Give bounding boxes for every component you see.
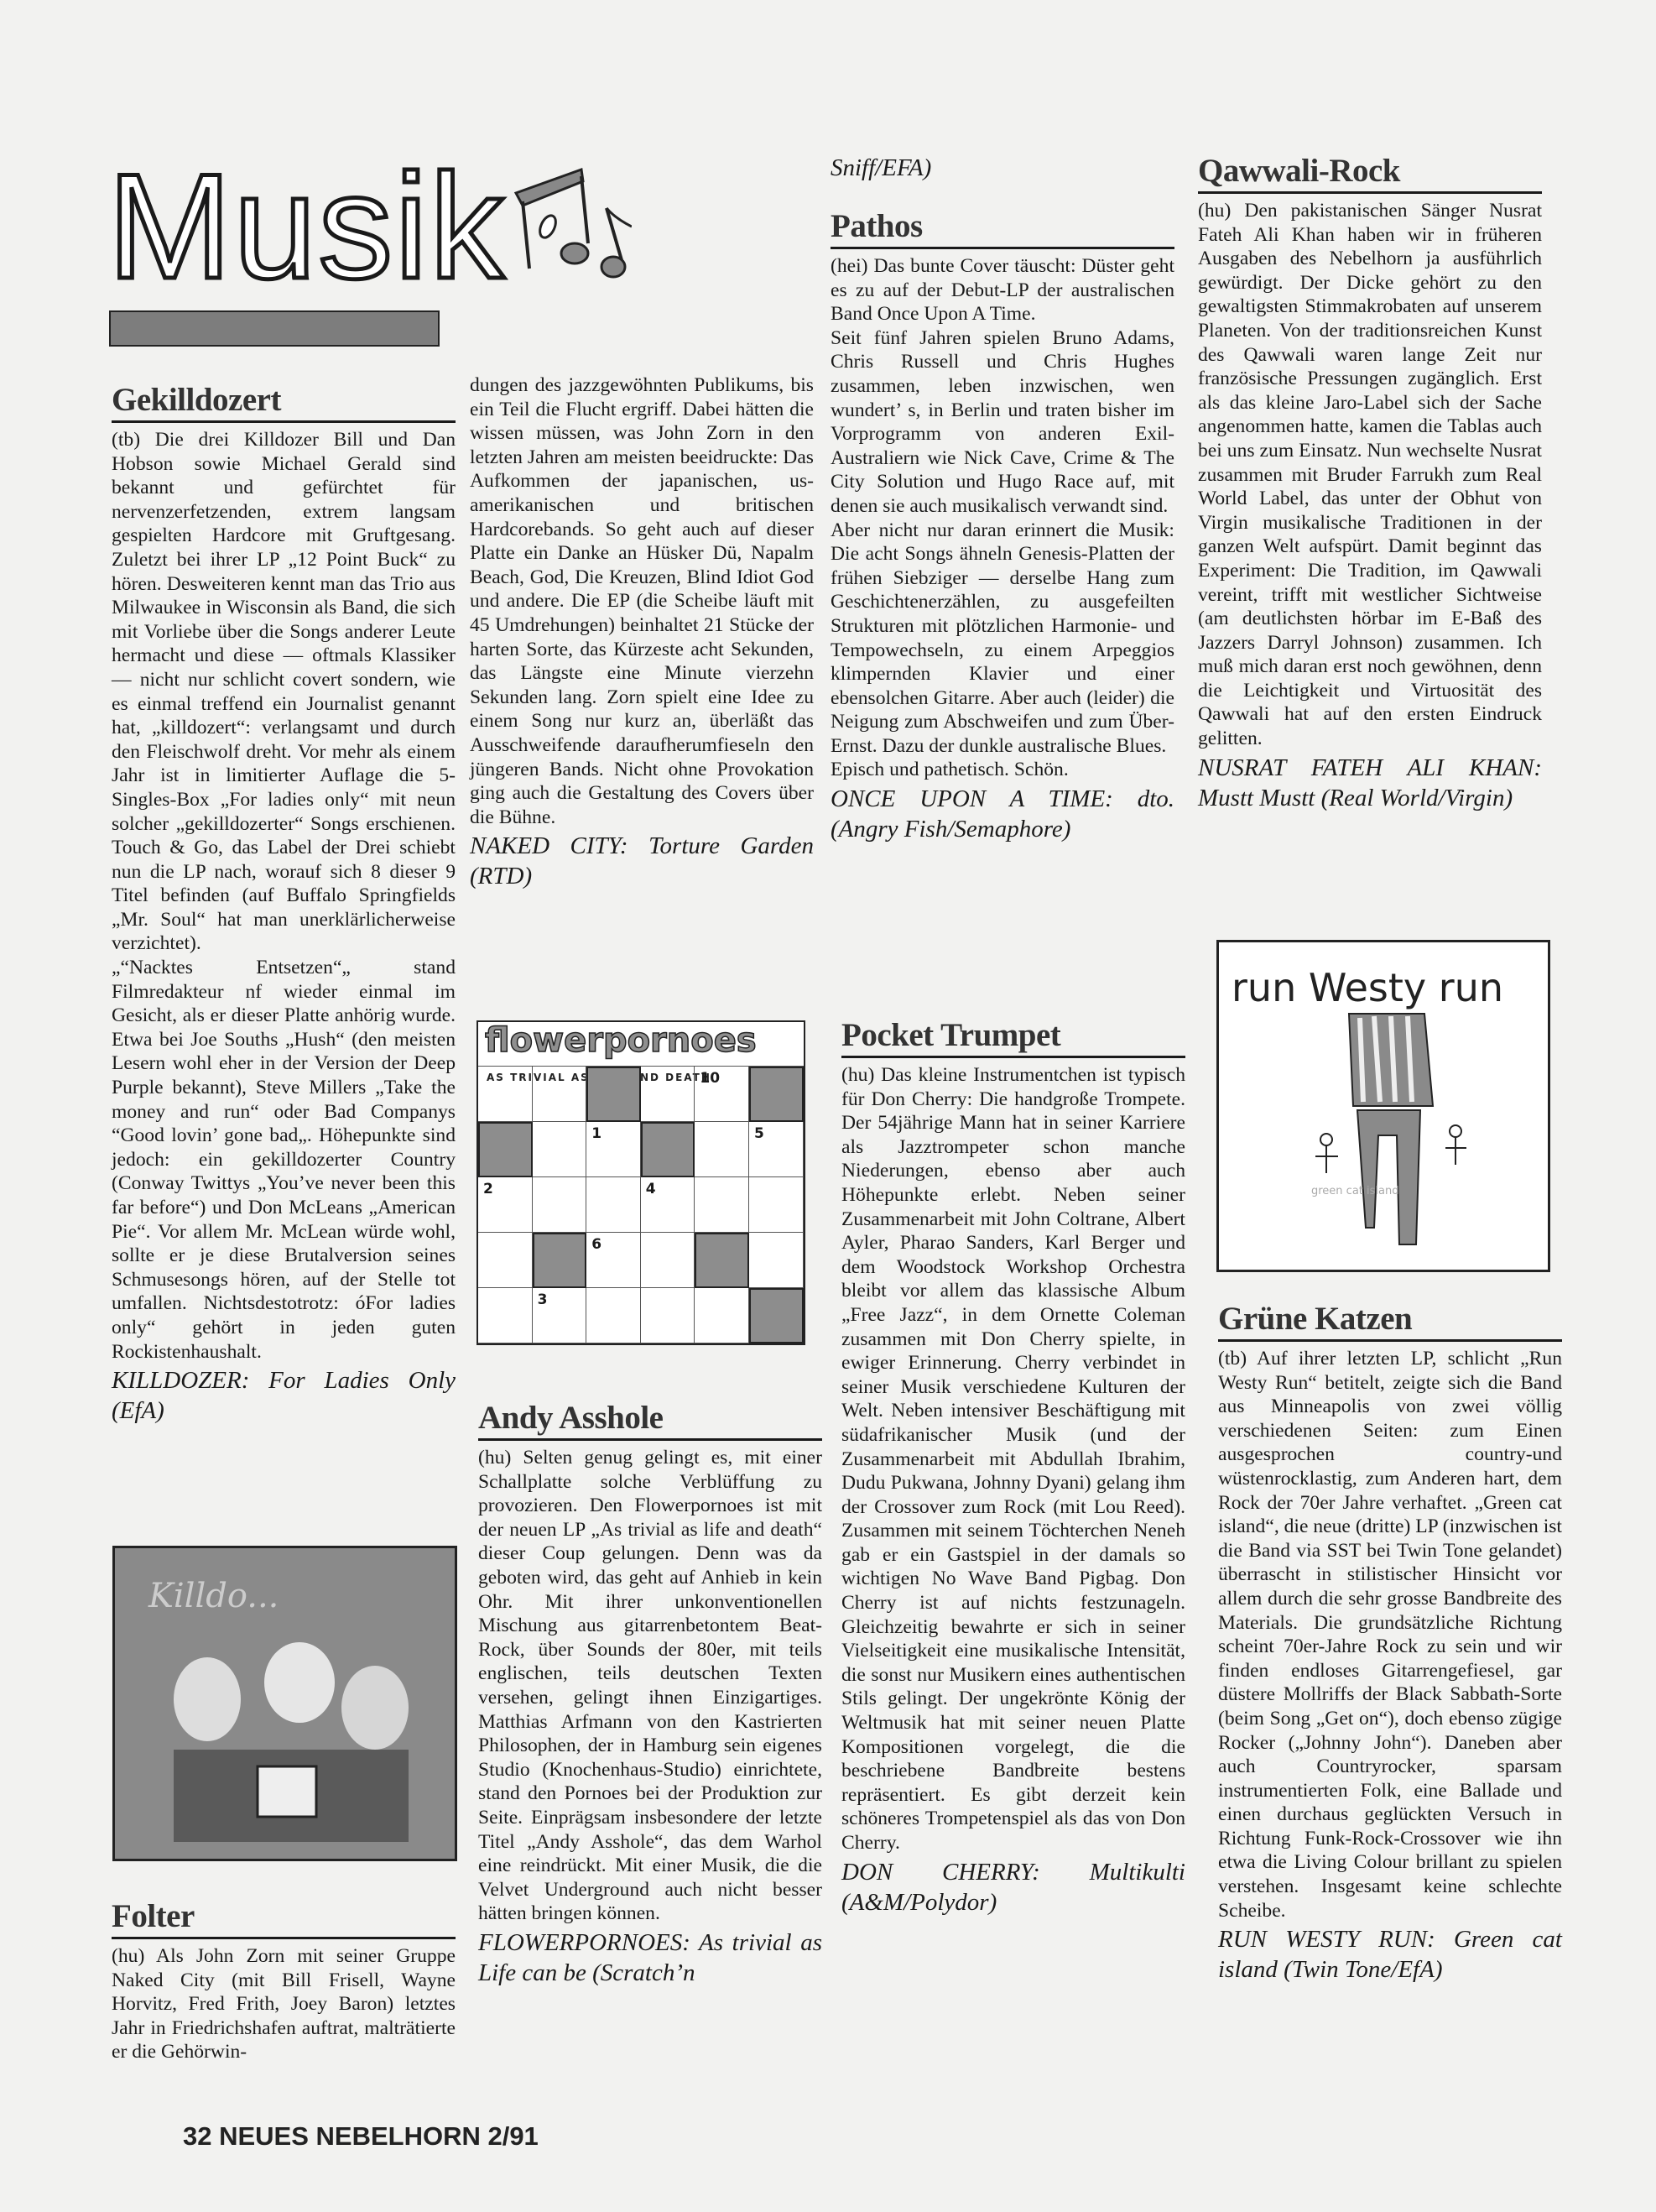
album-credit: ONCE UPON A TIME: dto. (Angry Fish/Semap… <box>831 784 1174 844</box>
headline: Pocket Trumpet <box>841 1017 1185 1058</box>
album-credit: RUN WESTY RUN: Green cat island (Twin To… <box>1218 1924 1562 1985</box>
article-gruene-katzen: Grüne Katzen (tb) Auf ihrer letzten LP, … <box>1218 1301 1562 1985</box>
body-paragraph: (tb) Auf ihrer letzten LP, schlicht „Run… <box>1218 1347 1562 1922</box>
album-credit-continued: Sniff/EFA) <box>831 153 1174 183</box>
section-masthead: Musik <box>107 151 661 302</box>
cover-scrawl: run Westy run <box>1232 965 1503 1010</box>
body-paragraph: (hu) Selten genug gelingt es, mit einer … <box>478 1446 822 1926</box>
body-paragraph: (hei) Das bunte Cover täuscht: Düster ge… <box>831 254 1174 326</box>
body-paragraph: Aber nicht nur daran erinnert die Musik:… <box>831 519 1174 759</box>
headline: Qawwali-Rock <box>1198 153 1542 194</box>
masthead-bar <box>109 310 440 347</box>
body-paragraph: Episch und pathetisch. Schön. <box>831 758 1174 782</box>
album-credit: NUSRAT FATEH ALI KHAN: Mustt Mustt (Real… <box>1198 753 1542 813</box>
headline: Andy Asshole <box>478 1400 822 1441</box>
cover-small-text: green cat island <box>1311 1185 1398 1197</box>
article-gekilldozert: Gekilldozert (tb) Die drei Killdozer Bil… <box>112 382 456 1426</box>
run-westy-run-album-cover: run Westy run green cat island <box>1216 940 1550 1272</box>
album-credit: DON CHERRY: Multikulti (A&M/Polydor) <box>841 1857 1185 1917</box>
article-andy-asshole: Andy Asshole (hu) Selten genug gelingt e… <box>478 1400 822 1988</box>
body-paragraph: „“Nacktes Entsetzen“„ stand Filmredakteu… <box>112 956 456 1364</box>
headline: Grüne Katzen <box>1218 1301 1562 1342</box>
album-credit: NAKED CITY: Torture Garden (RTD) <box>470 831 814 891</box>
flowerpornoes-crossword-cover: flowerpornoes AS TRIVIAL AS LIFE AND DEA… <box>476 1020 805 1345</box>
music-notes-icon <box>497 159 632 285</box>
crossword-title: flowerpornoes AS TRIVIAL AS LIFE AND DEA… <box>478 1022 804 1067</box>
svg-text:Killdo...: Killdo... <box>148 1577 279 1615</box>
headline: Pathos <box>831 208 1174 249</box>
body-paragraph: (tb) Die drei Killdozer Bill und Dan Hob… <box>112 428 456 956</box>
album-credit: FLOWERPORNOES: As trivial as Life can be… <box>478 1928 822 1988</box>
headline: Folter <box>112 1898 456 1939</box>
album-credit: KILLDOZER: For Ladies Only (EfA) <box>112 1365 456 1426</box>
headline: Gekilldozert <box>112 382 456 423</box>
page-footer: 32 NEUES NEBELHORN 2/91 <box>183 2121 539 2152</box>
body-paragraph: (hu) Den pakistanischen Sänger Nusrat Fa… <box>1198 199 1542 751</box>
body-paragraph: dungen des jazzgewöhnten Publikums, bis … <box>470 373 814 829</box>
article-pathos: Sniff/EFA) Pathos (hei) Das bunte Cover … <box>831 151 1174 844</box>
article-qawwali-rock: Qawwali-Rock (hu) Den pakistanischen Sän… <box>1198 153 1542 813</box>
body-paragraph: (hu) Das kleine Instrumentchen ist typis… <box>841 1063 1185 1855</box>
body-paragraph: (hu) Als John Zorn mit seiner Gruppe Nak… <box>112 1944 456 2064</box>
killdozer-album-cover: Killdo... <box>112 1546 457 1861</box>
article-pocket-trumpet: Pocket Trumpet (hu) Das kleine Instrumen… <box>841 1017 1185 1917</box>
article-folter: Folter (hu) Als John Zorn mit seiner Gru… <box>112 1898 456 2064</box>
article-folter-continued: dungen des jazzgewöhnten Publikums, bis … <box>470 373 814 891</box>
body-paragraph: Seit fünf Jahren spielen Bruno Adams, Ch… <box>831 326 1174 519</box>
